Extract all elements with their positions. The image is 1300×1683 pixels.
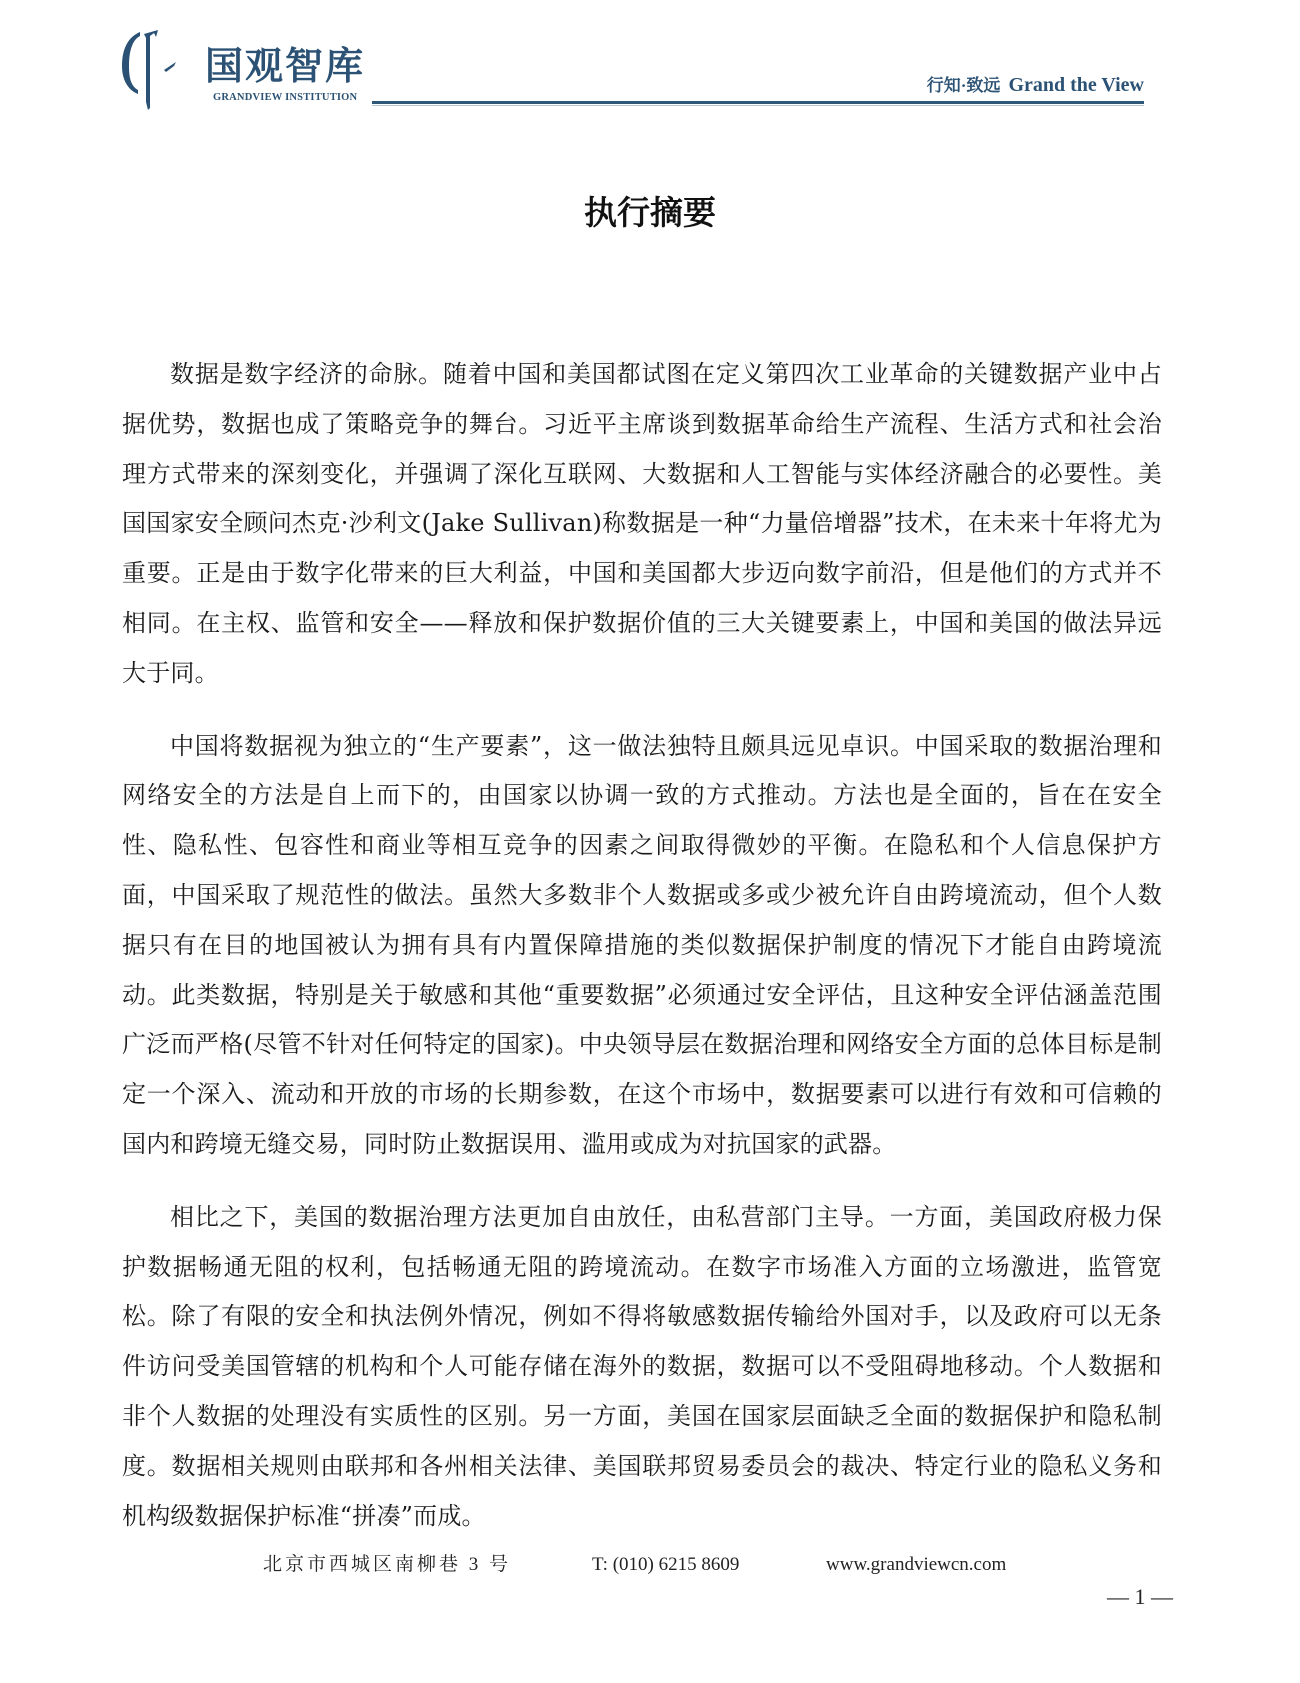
- footer-website: www.grandviewcn.com: [826, 1551, 1006, 1579]
- grandview-logo-icon: [118, 28, 178, 110]
- header-tagline: 行知·致远Grand the View: [927, 73, 1144, 98]
- page-title: 执行摘要: [0, 192, 1300, 234]
- page-footer: 北京市西城区南柳巷 3 号 T: (010) 6215 8609 www.gra…: [0, 1551, 1300, 1581]
- footer-address: 北京市西城区南柳巷 3 号: [263, 1551, 511, 1579]
- paragraph: 数据是数字经济的命脉。随着中国和美国都试图在定义第四次工业革命的关键数据产业中占…: [122, 350, 1162, 699]
- tagline-chinese: 行知·致远: [927, 76, 1001, 95]
- page-number: — 1 —: [1090, 1583, 1190, 1611]
- paragraph: 中国将数据视为独立的“生产要素”，这一做法独特且颇具远见卓识。中国采取的数据治理…: [122, 722, 1162, 1170]
- page-header: 国观智库 GRANDVIEW INSTITUTION 行知·致远Grand th…: [0, 0, 1300, 120]
- document-body: 数据是数字经济的命脉。随着中国和美国都试图在定义第四次工业革命的关键数据产业中占…: [122, 350, 1162, 1564]
- tagline-english: Grand the View: [1008, 74, 1144, 96]
- logo-chinese-name: 国观智库: [205, 44, 365, 88]
- footer-phone: T: (010) 6215 8609: [592, 1551, 739, 1579]
- paragraph: 相比之下，美国的数据治理方法更加自由放任，由私营部门主导。一方面，美国政府极力保…: [122, 1193, 1162, 1542]
- header-divider: [372, 101, 1144, 104]
- logo-english-name: GRANDVIEW INSTITUTION: [213, 92, 357, 104]
- header-divider-thin: [372, 105, 1144, 106]
